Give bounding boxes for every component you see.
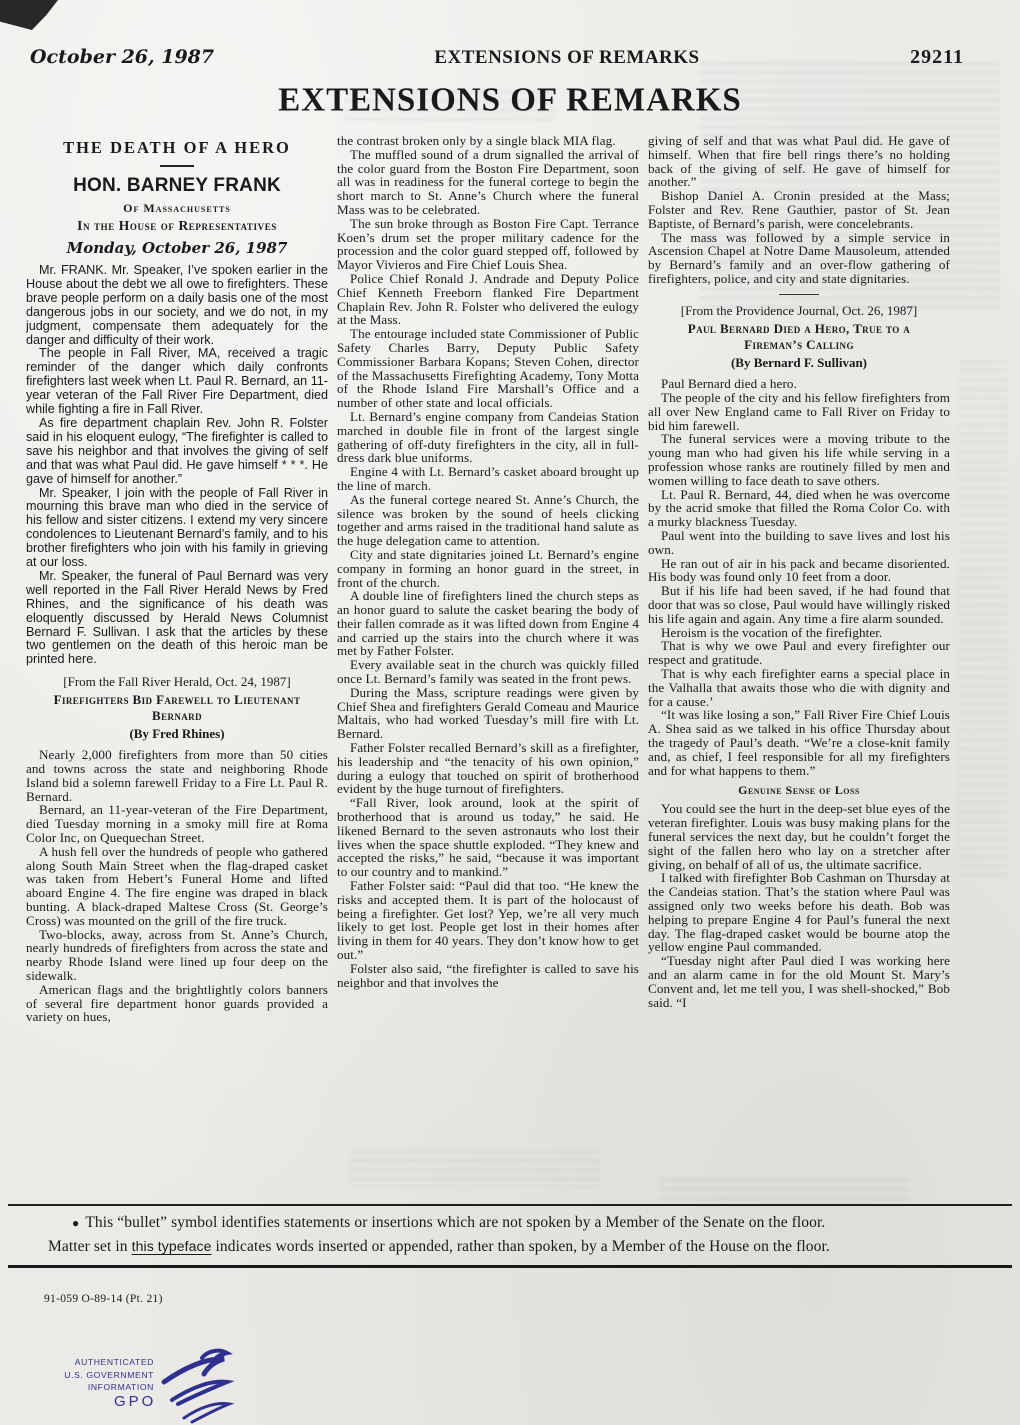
gpo-wordmark: GPO: [114, 1393, 156, 1410]
body-paragraph: “It was like losing a son,” Fall River F…: [648, 708, 950, 777]
typeface-sample: this typeface: [132, 1238, 212, 1254]
body-paragraph: You could see the hurt in the deep-set b…: [648, 802, 950, 871]
body-paragraph: City and state dignitaries joined Lt. Be…: [337, 548, 639, 589]
congressional-record-page: October 26, 1987 EXTENSIONS OF REMARKS 2…: [0, 0, 1020, 1425]
body-paragraph: Heroism is the vocation of the firefight…: [648, 626, 950, 640]
body-paragraph: Folster also said, “the firefighter is c…: [337, 962, 639, 990]
scan-artifact: [350, 1150, 600, 1188]
gpo-text-line: INFORMATION: [62, 1381, 154, 1394]
footnote-line-1: ●This “bullet” symbol identifies stateme…: [42, 1211, 978, 1235]
article-headline: Paul Bernard Died a Hero, True to a Fire…: [658, 321, 940, 352]
body-paragraph: Father Folster said: “Paul did that too.…: [337, 879, 639, 962]
body-paragraph: I talked with firefighter Bob Cashman on…: [648, 871, 950, 954]
body-paragraph: The funeral services were a moving tribu…: [648, 432, 950, 487]
speaker-state: Of Massachusetts: [26, 201, 328, 216]
gpo-authenticated-text: AUTHENTICATED U.S. GOVERNMENT INFORMATIO…: [62, 1356, 154, 1394]
body-paragraph: Mr. Speaker, the funeral of Paul Bernard…: [26, 570, 328, 667]
statement-date: Monday, October 26, 1987: [26, 239, 328, 257]
body-paragraph: That is why we owe Paul and every firefi…: [648, 639, 950, 667]
body-paragraph: The people of the city and his fellow fi…: [648, 391, 950, 432]
article-source: [From the Fall River Herald, Oct. 24, 19…: [32, 674, 322, 689]
body-paragraph: Police Chief Ronald J. Andrade and Deput…: [337, 272, 639, 327]
body-paragraph: That is why each firefighter earns a spe…: [648, 667, 950, 708]
body-paragraph: He ran out of air in his pack and became…: [648, 557, 950, 585]
gpo-text-line: U.S. GOVERNMENT: [62, 1369, 154, 1382]
running-head: October 26, 1987 EXTENSIONS OF REMARKS 2…: [0, 0, 1020, 69]
body-paragraph: Mr. FRANK. Mr. Speaker, I’ve spoken earl…: [26, 264, 328, 347]
statement-title: THE DEATH OF A HERO: [26, 138, 328, 158]
article-byline: (By Bernard F. Sullivan): [648, 355, 950, 371]
issue-date: October 26, 1987: [30, 46, 310, 68]
footnote-rule-bottom: [8, 1265, 1012, 1268]
scan-artifact: [958, 360, 1008, 880]
body-paragraph: Bernard, an 11-year-veteran of the Fire …: [26, 803, 328, 844]
column-1: THE DEATH OF A HERO HON. BARNEY FRANK Of…: [26, 134, 328, 1192]
body-paragraph: American flags and the brightlightly col…: [26, 983, 328, 1024]
footnote-line-2: Matter set in this typeface indicates wo…: [42, 1235, 978, 1258]
divider-rule: [160, 165, 194, 167]
bullet-icon: ●: [72, 1216, 79, 1230]
body-paragraph: The entourage included state Commissione…: [337, 327, 639, 410]
article-byline: (By Fred Rhines): [26, 726, 328, 742]
body-paragraph: The muffled sound of a drum signalled th…: [337, 148, 639, 217]
chamber-line: In the House of Representatives: [26, 218, 328, 234]
body-paragraph: Father Folster recalled Bernard’s skill …: [337, 741, 639, 796]
gpo-eagle-icon: [158, 1346, 234, 1425]
body-paragraph: During the Mass, scripture readings were…: [337, 686, 639, 741]
body-paragraph: Lt. Paul R. Bernard, 44, died when he wa…: [648, 488, 950, 529]
speaker-name: HON. BARNEY FRANK: [26, 175, 328, 197]
scan-artifact: [40, 758, 270, 786]
footnote-text: This “bullet” symbol identifies statemen…: [85, 1214, 825, 1231]
body-paragraph: “Tuesday night after Paul died I was wor…: [648, 954, 950, 1009]
body-paragraph: the contrast broken only by a single bla…: [337, 134, 639, 148]
body-paragraph: Lt. Bernard’s engine company from Candei…: [337, 410, 639, 465]
body-paragraph: “Fall River, look around, look at the sp…: [337, 796, 639, 879]
footnote-text: Matter set in: [48, 1238, 132, 1255]
gpo-text-line: AUTHENTICATED: [62, 1356, 154, 1369]
body-paragraph: Paul went into the building to save live…: [648, 529, 950, 557]
section-title: EXTENSIONS OF REMARKS: [0, 81, 1020, 119]
column-2: the contrast broken only by a single bla…: [337, 134, 639, 1192]
body-paragraph: As fire department chaplain Rev. John R.…: [26, 417, 328, 487]
body-paragraph: Engine 4 with Lt. Bernard’s casket aboar…: [337, 465, 639, 493]
scan-artifact: [660, 1178, 910, 1206]
article-subhead: Genuine Sense of Loss: [648, 783, 950, 798]
body-paragraph: The sun broke through as Boston Fire Cap…: [337, 217, 639, 272]
body-paragraph: The people in Fall River, MA, received a…: [26, 347, 328, 417]
body-paragraph: As the funeral cortege neared St. Anne’s…: [337, 493, 639, 548]
print-code: 91-059 O-89-14 (Pt. 21): [44, 1293, 163, 1305]
body-paragraph: Every available seat in the church was q…: [337, 658, 639, 686]
footnote: ●This “bullet” symbol identifies stateme…: [0, 1206, 1020, 1264]
gpo-logo: AUTHENTICATED U.S. GOVERNMENT INFORMATIO…: [62, 1352, 232, 1425]
body-paragraph: Paul Bernard died a hero.: [648, 377, 950, 391]
body-paragraph: A double line of firefighters lined the …: [337, 589, 639, 658]
body-paragraph: Two-blocks, away, across from St. Anne’s…: [26, 928, 328, 983]
body-paragraph: But if his life had been saved, if he ha…: [648, 584, 950, 625]
body-paragraph: Mr. Speaker, I join with the people of F…: [26, 487, 328, 570]
footnote-text: indicates words inserted or appended, ra…: [212, 1238, 830, 1255]
body-paragraph: A hush fell over the hundreds of people …: [26, 845, 328, 928]
article-headline: Firefighters Bid Farewell to Lieutenant …: [36, 692, 318, 723]
